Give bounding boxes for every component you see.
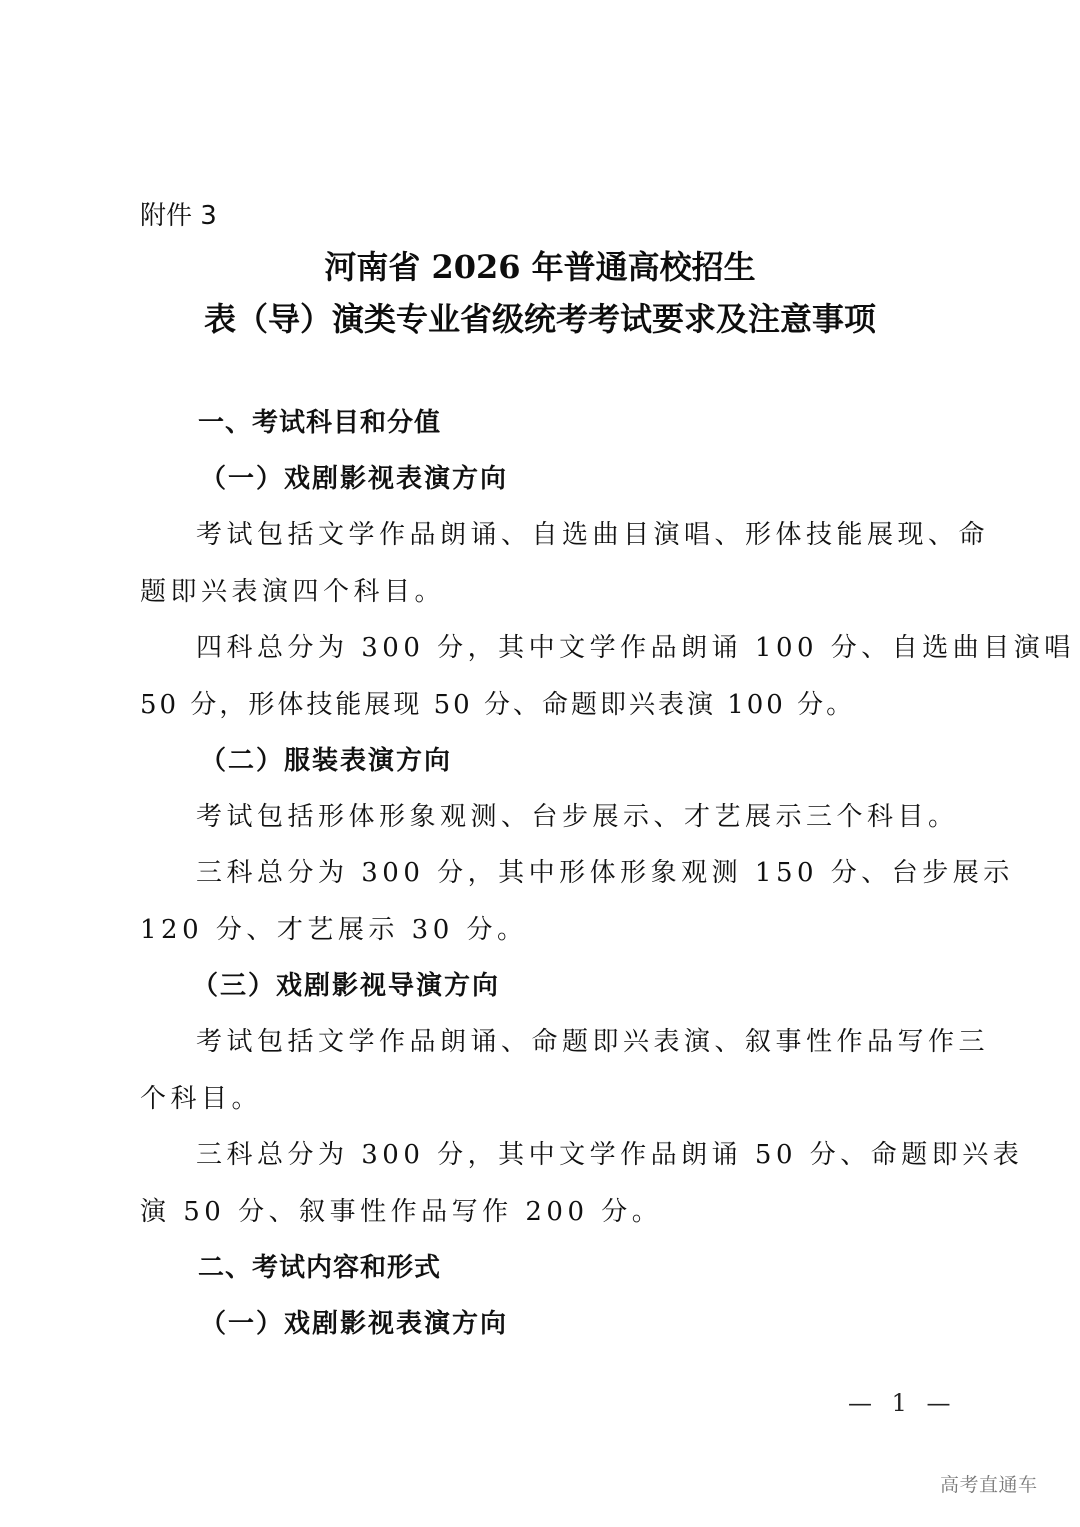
paragraph-line: 三科总分为 300 分，其中文学作品朗诵 50 分、命题即兴表 <box>196 1137 996 1173</box>
subsection-heading-1-1: （一）戏剧影视表演方向 <box>200 461 1000 497</box>
paragraph-line: 四科总分为 300 分，其中文学作品朗诵 100 分、自选曲目演唱 <box>196 630 996 666</box>
document-title-line-2: 表（导）演类专业省级统考考试要求及注意事项 <box>0 297 1080 341</box>
paragraph-line: 题即兴表演四个科目。 <box>140 574 940 610</box>
document-page: 附件 3 河南省 2026 年普通高校招生 表（导）演类专业省级统考考试要求及注… <box>0 0 1080 1527</box>
subsection-heading-1-2: （二）服装表演方向 <box>200 743 1000 779</box>
paragraph-line: 考试包括文学作品朗诵、命题即兴表演、叙事性作品写作三 <box>196 1024 996 1060</box>
page-number: — 1 — <box>848 1386 957 1420</box>
paragraph-line: 考试包括形体形象观测、台步展示、才艺展示三个科目。 <box>196 799 996 835</box>
paragraph-line: 个科目。 <box>140 1081 940 1117</box>
paragraph-line: 50 分，形体技能展现 50 分、命题即兴表演 100 分。 <box>140 687 940 723</box>
paragraph-line: 考试包括文学作品朗诵、自选曲目演唱、形体技能展现、命 <box>196 517 996 553</box>
paragraph-line: 120 分、才艺展示 30 分。 <box>140 912 940 948</box>
watermark-text: 高考直通车 <box>940 1472 1038 1498</box>
section-heading-2: 二、考试内容和形式 <box>198 1250 998 1286</box>
attachment-label: 附件 3 <box>140 198 217 234</box>
paragraph-line: 演 50 分、叙事性作品写作 200 分。 <box>140 1194 940 1230</box>
section-heading-1: 一、考试科目和分值 <box>198 405 998 441</box>
paragraph-line: 三科总分为 300 分，其中形体形象观测 150 分、台步展示 <box>196 855 996 891</box>
subsection-heading-1-3: （三）戏剧影视导演方向 <box>192 968 992 1004</box>
subsection-heading-2-1: （一）戏剧影视表演方向 <box>200 1306 1000 1342</box>
document-title-line-1: 河南省 2026 年普通高校招生 <box>0 245 1080 289</box>
